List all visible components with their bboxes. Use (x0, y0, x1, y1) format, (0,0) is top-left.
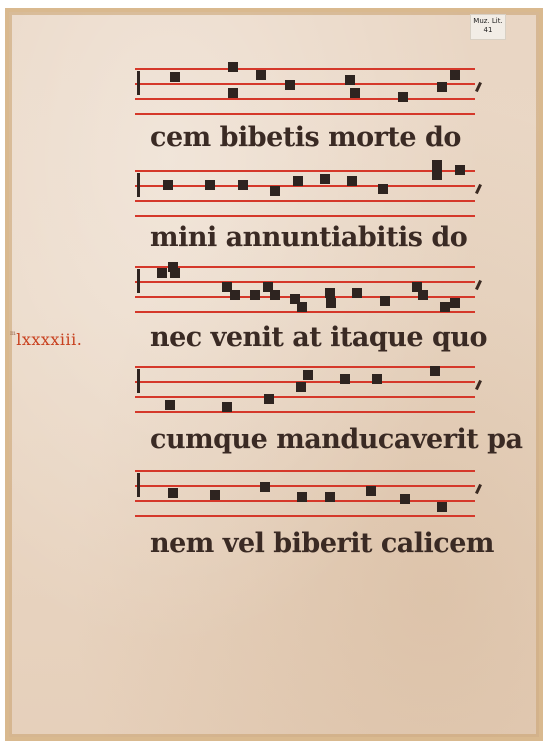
shelfmark-line2: 41 (471, 26, 505, 35)
square-neume-icon (432, 160, 442, 170)
staff-line (135, 515, 475, 517)
square-neume-icon (400, 494, 410, 504)
square-neume-icon (210, 490, 220, 500)
square-neume-icon (250, 290, 260, 300)
staff-line (135, 411, 475, 413)
square-neume-icon (238, 180, 248, 190)
staff-line (135, 98, 475, 100)
square-neume-icon (350, 88, 360, 98)
square-neume-icon (366, 486, 376, 496)
square-neume-icon (418, 290, 428, 300)
square-neume-icon (168, 488, 178, 498)
square-neume-icon (296, 382, 306, 392)
folio-text: lxxxxiii. (16, 330, 82, 349)
square-neume-icon (340, 374, 350, 384)
square-neume-icon (325, 492, 335, 502)
square-neume-icon (230, 290, 240, 300)
staff-line (135, 215, 475, 217)
staff-line (135, 470, 475, 472)
staff-line (135, 366, 475, 368)
staff-line (135, 83, 475, 85)
square-neume-icon (398, 92, 408, 102)
square-neume-icon (205, 180, 215, 190)
square-neume-icon (326, 298, 336, 308)
square-neume-icon (270, 186, 280, 196)
c-clef-icon (137, 173, 140, 197)
square-neume-icon (297, 302, 307, 312)
c-clef-icon (137, 71, 140, 95)
c-clef-icon (137, 269, 140, 293)
square-neume-icon (347, 176, 357, 186)
square-neume-icon (293, 176, 303, 186)
square-neume-icon (345, 75, 355, 85)
square-neume-icon (270, 290, 280, 300)
staff-line (135, 200, 475, 202)
square-neume-icon (168, 262, 178, 272)
folio-number: mlxxxxiii. (10, 330, 82, 349)
square-neume-icon (320, 174, 330, 184)
square-neume-icon (325, 288, 335, 298)
square-neume-icon (450, 298, 460, 308)
staff-line (135, 396, 475, 398)
square-neume-icon (165, 400, 175, 410)
square-neume-icon (380, 296, 390, 306)
lyric-line-5: nem vel biberit calicem (150, 528, 494, 559)
square-neume-icon (378, 184, 388, 194)
staff-line (135, 68, 475, 70)
square-neume-icon (450, 70, 460, 80)
square-neume-icon (260, 482, 270, 492)
c-clef-icon (137, 473, 140, 497)
square-neume-icon (297, 492, 307, 502)
square-neume-icon (285, 80, 295, 90)
staff-line (135, 170, 475, 172)
square-neume-icon (228, 88, 238, 98)
square-neume-icon (157, 268, 167, 278)
staff-line (135, 113, 475, 115)
shelfmark-label: Muz. Lit. 41 (470, 14, 506, 40)
square-neume-icon (437, 502, 447, 512)
staff-line (135, 266, 475, 268)
shelfmark-line1: Muz. Lit. (471, 17, 505, 26)
lyric-line-1: cem bibetis morte do (150, 122, 461, 153)
lyric-line-2: mini annuntiabitis do (150, 222, 467, 253)
square-neume-icon (437, 82, 447, 92)
lyric-line-3: nec venit at itaque quo (150, 322, 487, 353)
square-neume-icon (170, 72, 180, 82)
square-neume-icon (222, 402, 232, 412)
square-neume-icon (430, 366, 440, 376)
square-neume-icon (372, 374, 382, 384)
square-neume-icon (256, 70, 266, 80)
square-neume-icon (440, 302, 450, 312)
square-neume-icon (163, 180, 173, 190)
staff-line (135, 281, 475, 283)
parchment-leaf (5, 8, 543, 741)
square-neume-icon (352, 288, 362, 298)
square-neume-icon (455, 165, 465, 175)
square-neume-icon (264, 394, 274, 404)
c-clef-icon (137, 369, 140, 393)
square-neume-icon (303, 370, 313, 380)
staff-line (135, 485, 475, 487)
staff-line (135, 185, 475, 187)
lyric-line-4: cumque manducaverit pa (150, 424, 522, 455)
square-neume-icon (432, 170, 442, 180)
square-neume-icon (228, 62, 238, 72)
